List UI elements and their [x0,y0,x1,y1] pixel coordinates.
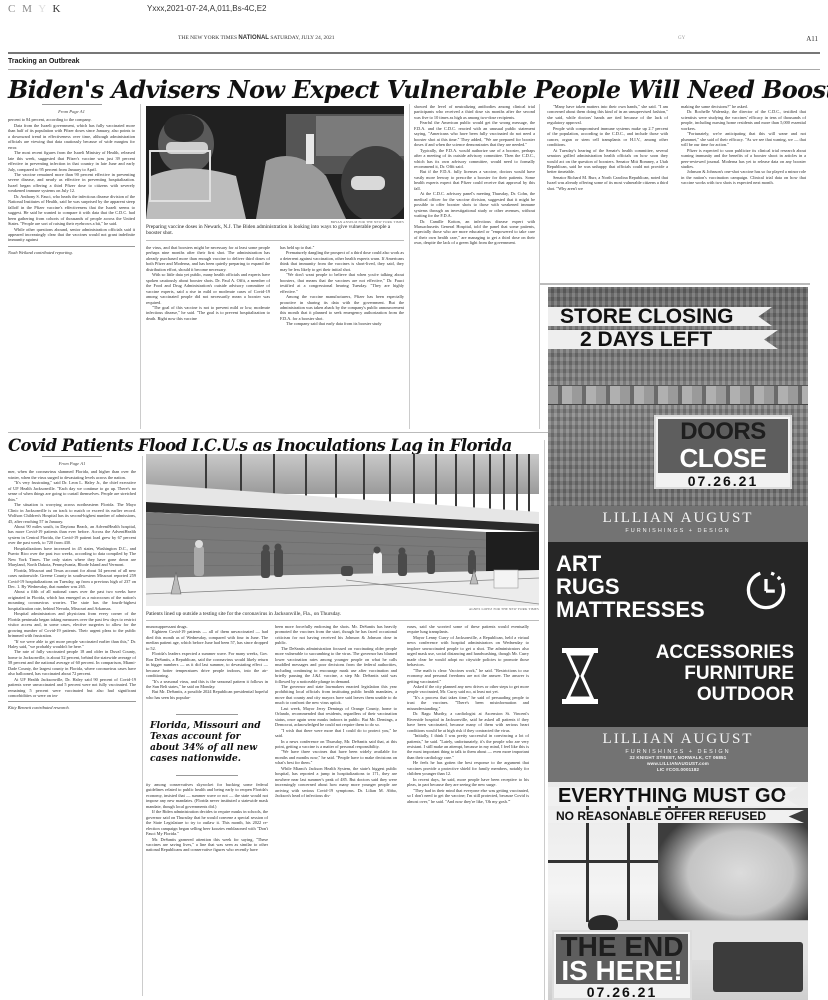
doors-close-date: 07.26.21 [656,473,790,489]
ad-top-rule [540,283,810,285]
article1-column-3: has held up to that." Prematurely dangli… [280,245,404,433]
everything-must-go-banner: EVERYTHING MUST GO [548,787,798,806]
horse-artwork [658,808,808,926]
doors-close-box: DOORS CLOSE 07.26.21 [654,415,792,489]
categories-panel: ART RUGS MATTRESSES ACCESSORIES FURNITUR… [548,542,808,727]
section-rule [8,69,820,70]
article2-column-2-top: munosuppressant drugs. Eighteen Covid-19… [146,624,268,706]
column-divider [544,440,545,1000]
article1-column-2: the virus, and that boosters might be ne… [146,245,270,433]
column-divider [140,104,141,429]
brand-logo: LILLIAN AUGUST [548,506,808,528]
article2-column-2-bottom: ity among conservatives skyrocket for bu… [146,782,268,1000]
categories-left: ART RUGS MATTRESSES [556,552,705,621]
section-label: Tracking an Outbreak [8,58,80,65]
no-offer-refused-banner: NO REASONABLE OFFER REFUSED [548,810,804,823]
column-divider [539,104,540,429]
article1-column-6: making the same decisions?" he asked. Dr… [681,104,806,280]
store-license: LIC #COS.0001182 [548,767,808,773]
vaccine-workers-photo-icon [146,106,404,219]
page-number: A11 [806,35,818,43]
hourglass-icon [560,646,600,706]
article-divider [8,432,632,433]
color-marker: GY [678,36,685,41]
store-closing-banner: STORE CLOSING [548,307,772,326]
contributor-credit: Kitty Bennett contributed research. [8,701,136,710]
living-room-image: EVERYTHING MUST GO NO REASONABLE OFFER R… [548,782,808,1000]
top-rule [8,52,820,54]
the-end-date: 07.26.21 [554,984,690,1000]
column-divider [142,456,143,996]
column-divider [409,104,410,429]
contributor-credit: Noah Weiland contributed reporting. [8,246,135,255]
the-end-box: THE END IS HERE! 07.26.21 [552,930,692,1000]
jump-line: From Page A1 [8,461,136,466]
brand-band-2: LILLIAN AUGUST FURNISHINGS + DESIGN 32 K… [548,727,808,782]
jump-line: From Page A1 [8,109,135,114]
print-slug-code: Yxxx,2021-07-24,A,011,Bs-4C,E2 [147,4,266,13]
brand-logo: LILLIAN AUGUST [548,727,808,749]
brand-band-1: LILLIAN AUGUST FURNISHINGS + DESIGN [548,506,808,542]
page-folio: THE NEW YORK TIMES NATIONAL SATURDAY, JU… [0,35,828,47]
article1-column-5: "Many have taken matters into their own … [547,104,668,280]
article1-column-4: showed the level of neutralizing antibod… [414,104,535,432]
article2-photo-caption: Patients lined up outside a testing site… [146,611,539,617]
days-left-banner: 2 DAYS LEFT [548,330,778,349]
article2-headline[interactable]: Covid Patients Flood I.C.U.s as Inoculat… [8,436,512,455]
pull-quote: Florida, Missouri and Texas account for … [150,720,268,764]
cmyk-registration: C M Y K [8,3,62,15]
article1-column-1: From Page A1 percent to 84 percent, acco… [8,104,135,434]
article2-column-3: been more forcefully endorsing the shots… [275,624,397,1000]
categories-right: ACCESSORIES FURNITURE OUTDOOR [656,642,794,705]
article2-photo[interactable] [146,454,539,606]
article2-column-1: From Page A1 mer, when the coronavirus s… [8,456,136,1000]
testing-site-line-photo-icon [146,454,539,606]
article2-column-4: eases, said she worried some of these pa… [407,624,529,1000]
folio-center: THE NEW YORK TIMES NATIONAL SATURDAY, JU… [178,35,335,41]
clock-icon [744,568,788,612]
article1-photo-caption: Preparing vaccine doses in Newark, N.J. … [146,224,404,237]
lillian-august-advertisement[interactable]: STORE CLOSING 2 DAYS LEFT DOORS CLOSE 07… [548,287,808,1000]
article1-photo[interactable] [146,106,404,219]
article1-headline[interactable]: Biden's Advisers Now Expect Vulnerable P… [8,75,828,104]
